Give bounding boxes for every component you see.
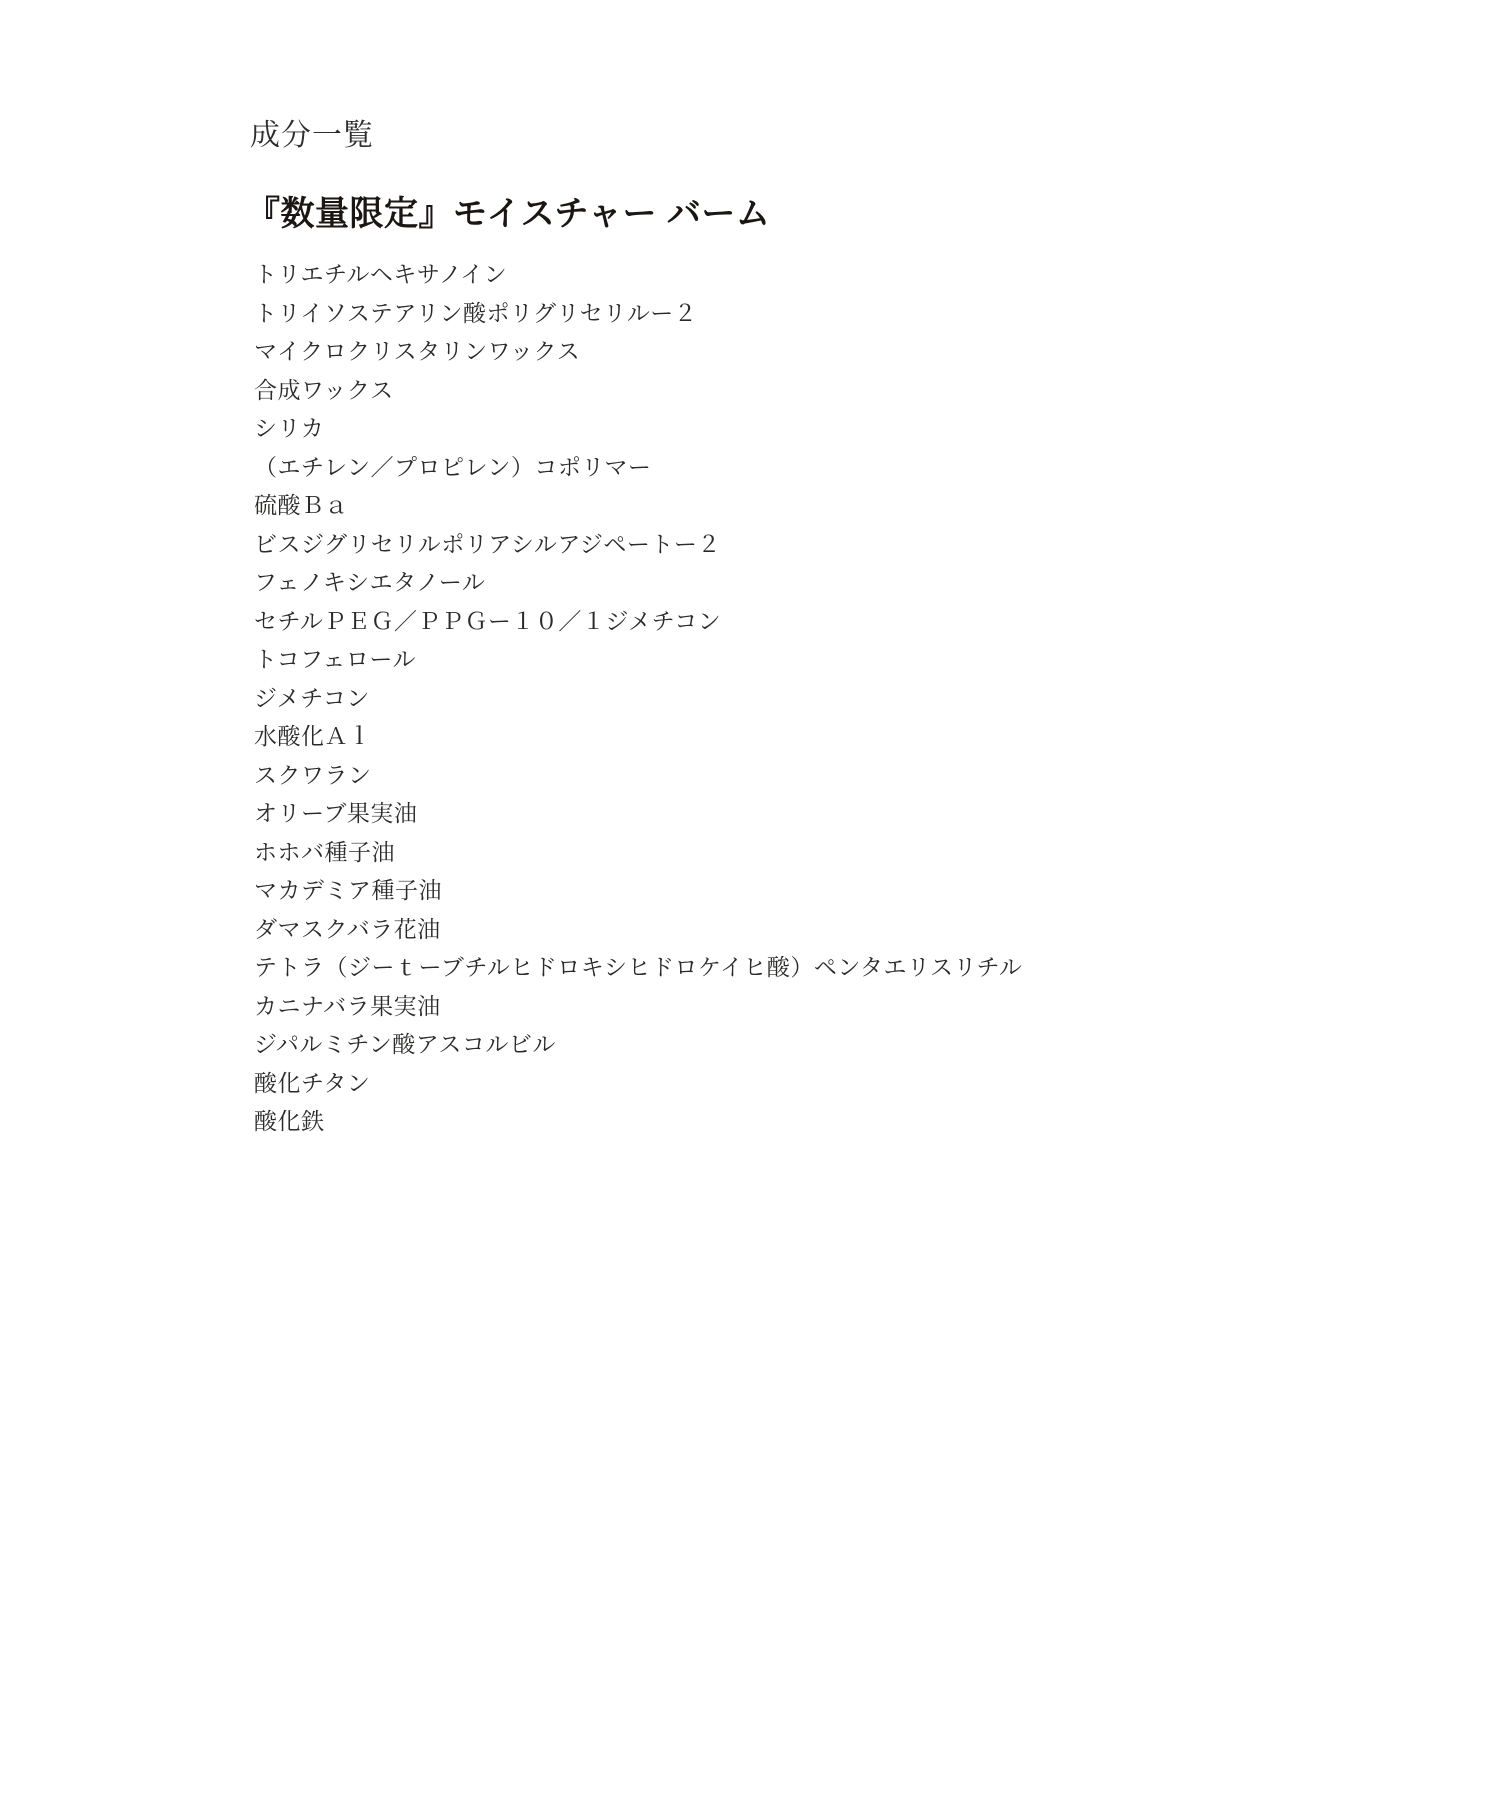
product-name: 『数量限定』モイスチャー バーム — [246, 192, 770, 236]
ingredient-item: 水酸化Ａｌ — [254, 717, 1022, 756]
ingredient-item: ホホバ種子油 — [254, 833, 1022, 872]
ingredient-item: 硫酸Ｂａ — [254, 486, 1022, 525]
ingredient-item: シリカ — [254, 409, 1022, 448]
page-title: 成分一覧 — [250, 118, 374, 154]
ingredients-document: 成分一覧 『数量限定』モイスチャー バーム トリエチルヘキサノイントリイソステア… — [0, 0, 1500, 1800]
ingredient-item: マイクロクリスタリンワックス — [254, 332, 1022, 371]
ingredient-item: セチルＰＥＧ／ＰＰＧー１０／１ジメチコン — [254, 602, 1022, 641]
ingredient-item: 酸化チタン — [254, 1064, 1022, 1103]
ingredient-item: スクワラン — [254, 756, 1022, 795]
ingredient-item: カニナバラ果実油 — [254, 987, 1022, 1026]
ingredient-item: ジメチコン — [254, 679, 1022, 718]
ingredient-item: トコフェロール — [254, 640, 1022, 679]
ingredient-item: テトラ（ジーｔーブチルヒドロキシヒドロケイヒ酸）ペンタエリスリチル — [254, 948, 1022, 987]
ingredient-item: 酸化鉄 — [254, 1102, 1022, 1141]
ingredient-item: マカデミア種子油 — [254, 871, 1022, 910]
ingredient-item: トリエチルヘキサノイン — [254, 255, 1022, 294]
ingredient-item: フェノキシエタノール — [254, 563, 1022, 602]
ingredient-item: ダマスクバラ花油 — [254, 910, 1022, 949]
ingredient-item: ジパルミチン酸アスコルビル — [254, 1025, 1022, 1064]
ingredient-item: オリーブ果実油 — [254, 794, 1022, 833]
ingredient-item: 合成ワックス — [254, 371, 1022, 410]
ingredient-item: （エチレン／プロピレン）コポリマー — [254, 448, 1022, 487]
ingredient-item: トリイソステアリン酸ポリグリセリルー２ — [254, 294, 1022, 333]
ingredient-list: トリエチルヘキサノイントリイソステアリン酸ポリグリセリルー２マイクロクリスタリン… — [254, 255, 1022, 1141]
ingredient-item: ビスジグリセリルポリアシルアジペートー２ — [254, 525, 1022, 564]
